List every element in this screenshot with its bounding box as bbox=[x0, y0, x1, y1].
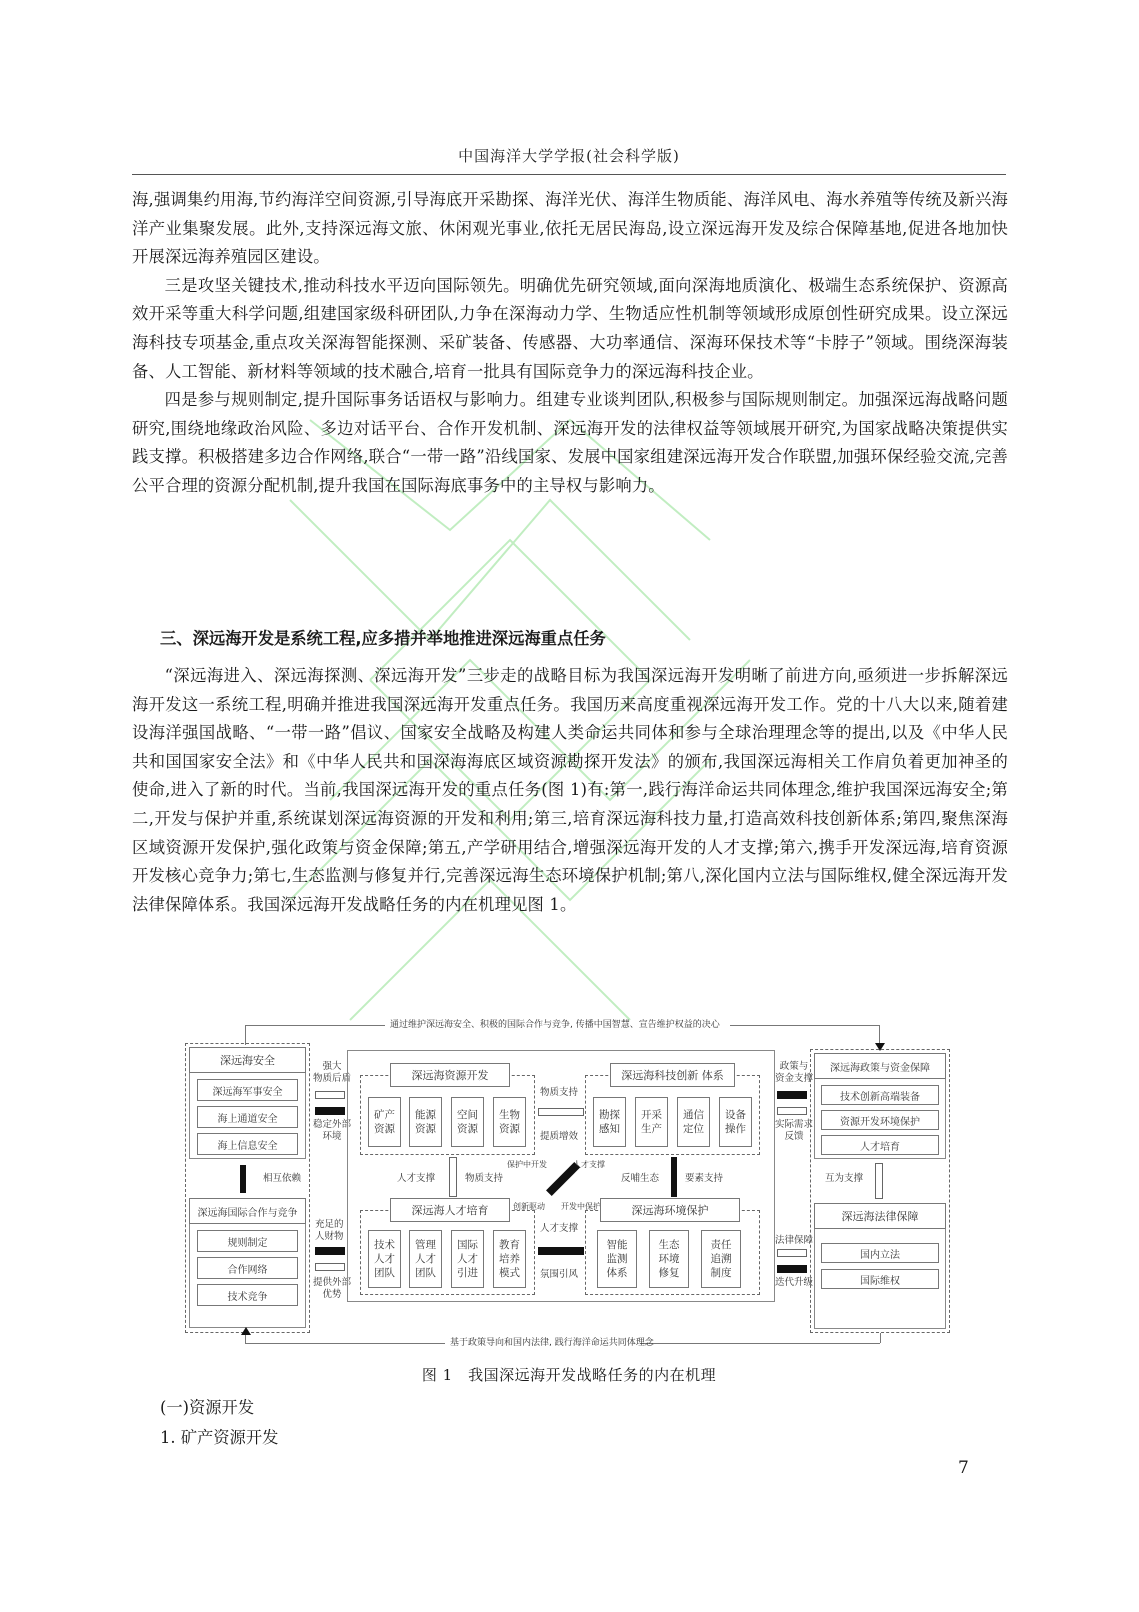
double-arrow-vertical-icon bbox=[671, 1157, 677, 1197]
feedback-ecology-label: 反哺生态 bbox=[621, 1173, 659, 1185]
body-paragraphs: 海,强调集约用海,节约海洋空间资源,引导海底开采勘探、海洋光伏、海洋生物质能、海… bbox=[132, 186, 1008, 501]
policy-title: 深远海政策与资金保障 bbox=[814, 1053, 946, 1079]
section-body: “深远海进入、深远海探测、深远海开发”三步走的战略目标为我国深远海开发明晰了前进… bbox=[132, 662, 1008, 919]
protect-in-dev-label: 保护中开发 bbox=[507, 1159, 547, 1171]
page-number: 7 bbox=[958, 1458, 969, 1478]
resource-title: 深远海资源开发 bbox=[390, 1063, 510, 1087]
arrow-left-icon bbox=[777, 1249, 807, 1257]
right-upper-out-label: 实际需求 反馈 bbox=[775, 1119, 813, 1143]
resource-item: 生物 资源 bbox=[493, 1097, 526, 1147]
left-upper-out-label: 稳定外部 环境 bbox=[313, 1119, 351, 1143]
legal-title: 深远海法律保障 bbox=[814, 1203, 946, 1229]
section-paragraph: “深远海进入、深远海探测、深远海开发”三步走的战略目标为我国深远海开发明晰了前进… bbox=[132, 662, 1008, 919]
talent-support-bottom-label: 人才支撑 bbox=[540, 1223, 578, 1235]
mutual-support-label: 互为支撑 bbox=[825, 1173, 863, 1185]
right-lower-out-label: 迭代升级 bbox=[775, 1277, 813, 1289]
arrow-up-icon bbox=[241, 1327, 251, 1335]
double-arrow-vertical-icon bbox=[875, 1163, 883, 1199]
policy-item: 人才培育 bbox=[821, 1135, 939, 1155]
atmosphere-label: 氛围引风 bbox=[540, 1269, 578, 1281]
tech-item: 开采 生产 bbox=[635, 1097, 668, 1147]
tech-item: 勘探 感知 bbox=[593, 1097, 626, 1147]
legal-item: 国际维权 bbox=[821, 1269, 939, 1289]
talent-item: 管理 人才 团队 bbox=[409, 1230, 442, 1288]
bottom-label: 基于政策导向和国内法律, 践行海洋命运共同体理念 bbox=[450, 1337, 654, 1349]
double-arrow-vertical-icon bbox=[240, 1165, 246, 1193]
figure-1-diagram: 通过维护深远海安全、积极的国际合作与竞争, 传播中国智慧、宣告维护权益的决心 深… bbox=[185, 1015, 955, 1350]
arrow-right-icon bbox=[315, 1107, 345, 1115]
material-support-label: 物质支持 bbox=[540, 1087, 578, 1099]
international-title: 深远海国际合作与竞争 bbox=[189, 1198, 306, 1224]
left-lower-in-label: 充足的 人财物 bbox=[315, 1219, 344, 1243]
section-heading: 三、深远海开发是系统工程,应多措并举地推进深远海重点任务 bbox=[160, 625, 606, 649]
environment-item: 生态 环境 修复 bbox=[649, 1230, 689, 1288]
resource-item: 能源 资源 bbox=[409, 1097, 442, 1147]
international-item: 规则制定 bbox=[197, 1230, 298, 1252]
international-item: 合作网络 bbox=[197, 1257, 298, 1279]
subheading-mineral-resources: 1. 矿产资源开发 bbox=[160, 1424, 278, 1448]
security-item: 海上通道安全 bbox=[197, 1106, 298, 1128]
arrow-left-icon bbox=[315, 1247, 345, 1255]
environment-item: 责任 追溯 制度 bbox=[701, 1230, 741, 1288]
header-rule bbox=[132, 174, 1006, 175]
security-title: 深远海安全 bbox=[189, 1047, 306, 1073]
talent-item: 技术 人才 团队 bbox=[368, 1230, 401, 1288]
bottom-connector-left bbox=[245, 1343, 445, 1344]
arrow-right-icon bbox=[777, 1265, 807, 1273]
paragraph-2: 三是攻坚关键技术,推动科技水平迈向国际领先。明确优先研究领域,面向深海地质演化、… bbox=[132, 272, 1008, 386]
quality-efficiency-label: 提质增效 bbox=[540, 1131, 578, 1143]
environment-title: 深远海环境保护 bbox=[600, 1198, 740, 1222]
tech-title: 深远海科技创新 体系 bbox=[610, 1063, 735, 1087]
talent-title: 深远海人才培育 bbox=[390, 1198, 510, 1222]
talent-item: 教育 培养 模式 bbox=[493, 1230, 526, 1288]
material-support-mid-label: 物质支持 bbox=[465, 1173, 503, 1185]
subheading-resource-development: (一)资源开发 bbox=[160, 1394, 254, 1418]
arrow-right-icon bbox=[315, 1263, 345, 1271]
double-arrow-horizontal-icon bbox=[538, 1108, 584, 1116]
top-connector-right bbox=[730, 1025, 880, 1026]
international-item: 技术竞争 bbox=[197, 1284, 298, 1306]
resource-item: 矿产 资源 bbox=[368, 1097, 401, 1147]
left-upper-in-label: 强大 物质后盾 bbox=[313, 1061, 351, 1085]
legal-item: 国内立法 bbox=[821, 1243, 939, 1263]
resource-item: 空间 资源 bbox=[451, 1097, 484, 1147]
arrow-left-icon bbox=[777, 1091, 807, 1099]
environment-item: 智能 监测 体系 bbox=[597, 1230, 637, 1288]
policy-item: 资源开发环境保护 bbox=[821, 1110, 939, 1130]
right-lower-in-label: 法律保障 bbox=[775, 1235, 813, 1247]
double-arrow-vertical-icon bbox=[449, 1157, 457, 1197]
double-arrow-horizontal-icon bbox=[538, 1247, 584, 1255]
security-item: 海上信息安全 bbox=[197, 1133, 298, 1155]
tech-item: 通信 定位 bbox=[677, 1097, 710, 1147]
factor-support-label: 要素支持 bbox=[685, 1173, 723, 1185]
arrow-right-icon bbox=[777, 1107, 807, 1115]
figure-caption: 图 1 我国深远海开发战略任务的内在机理 bbox=[138, 1364, 1000, 1385]
bottom-connector-line bbox=[640, 1343, 880, 1344]
right-upper-in-label: 政策与 资金支撑 bbox=[775, 1061, 813, 1085]
mutual-dependence-label: 相互依赖 bbox=[263, 1173, 301, 1185]
bottom-connector-right bbox=[880, 1333, 881, 1343]
paragraph-1: 海,强调集约用海,节约海洋空间资源,引导海底开采勘探、海洋光伏、海洋生物质能、海… bbox=[132, 186, 1008, 272]
arrow-left-icon bbox=[315, 1091, 345, 1099]
top-connector-line bbox=[245, 1025, 385, 1026]
journal-header: 中国海洋大学学报(社会科学版) bbox=[138, 145, 1000, 166]
tech-item: 设备 操作 bbox=[719, 1097, 752, 1147]
left-lower-out-label: 提供外部 优势 bbox=[313, 1277, 351, 1301]
talent-item: 国际 人才 引进 bbox=[451, 1230, 484, 1288]
policy-item: 技术创新高端装备 bbox=[821, 1085, 939, 1105]
top-label: 通过维护深远海安全、积极的国际合作与竞争, 传播中国智慧、宣告维护权益的决心 bbox=[390, 1019, 720, 1031]
talent-support-left-label: 人才支撑 bbox=[397, 1173, 435, 1185]
paragraph-3: 四是参与规则制定,提升国际事务话语权与影响力。组建专业谈判团队,积极参与国际规则… bbox=[132, 386, 1008, 500]
top-connector-left bbox=[245, 1025, 246, 1045]
security-item: 深远海军事安全 bbox=[197, 1079, 298, 1101]
